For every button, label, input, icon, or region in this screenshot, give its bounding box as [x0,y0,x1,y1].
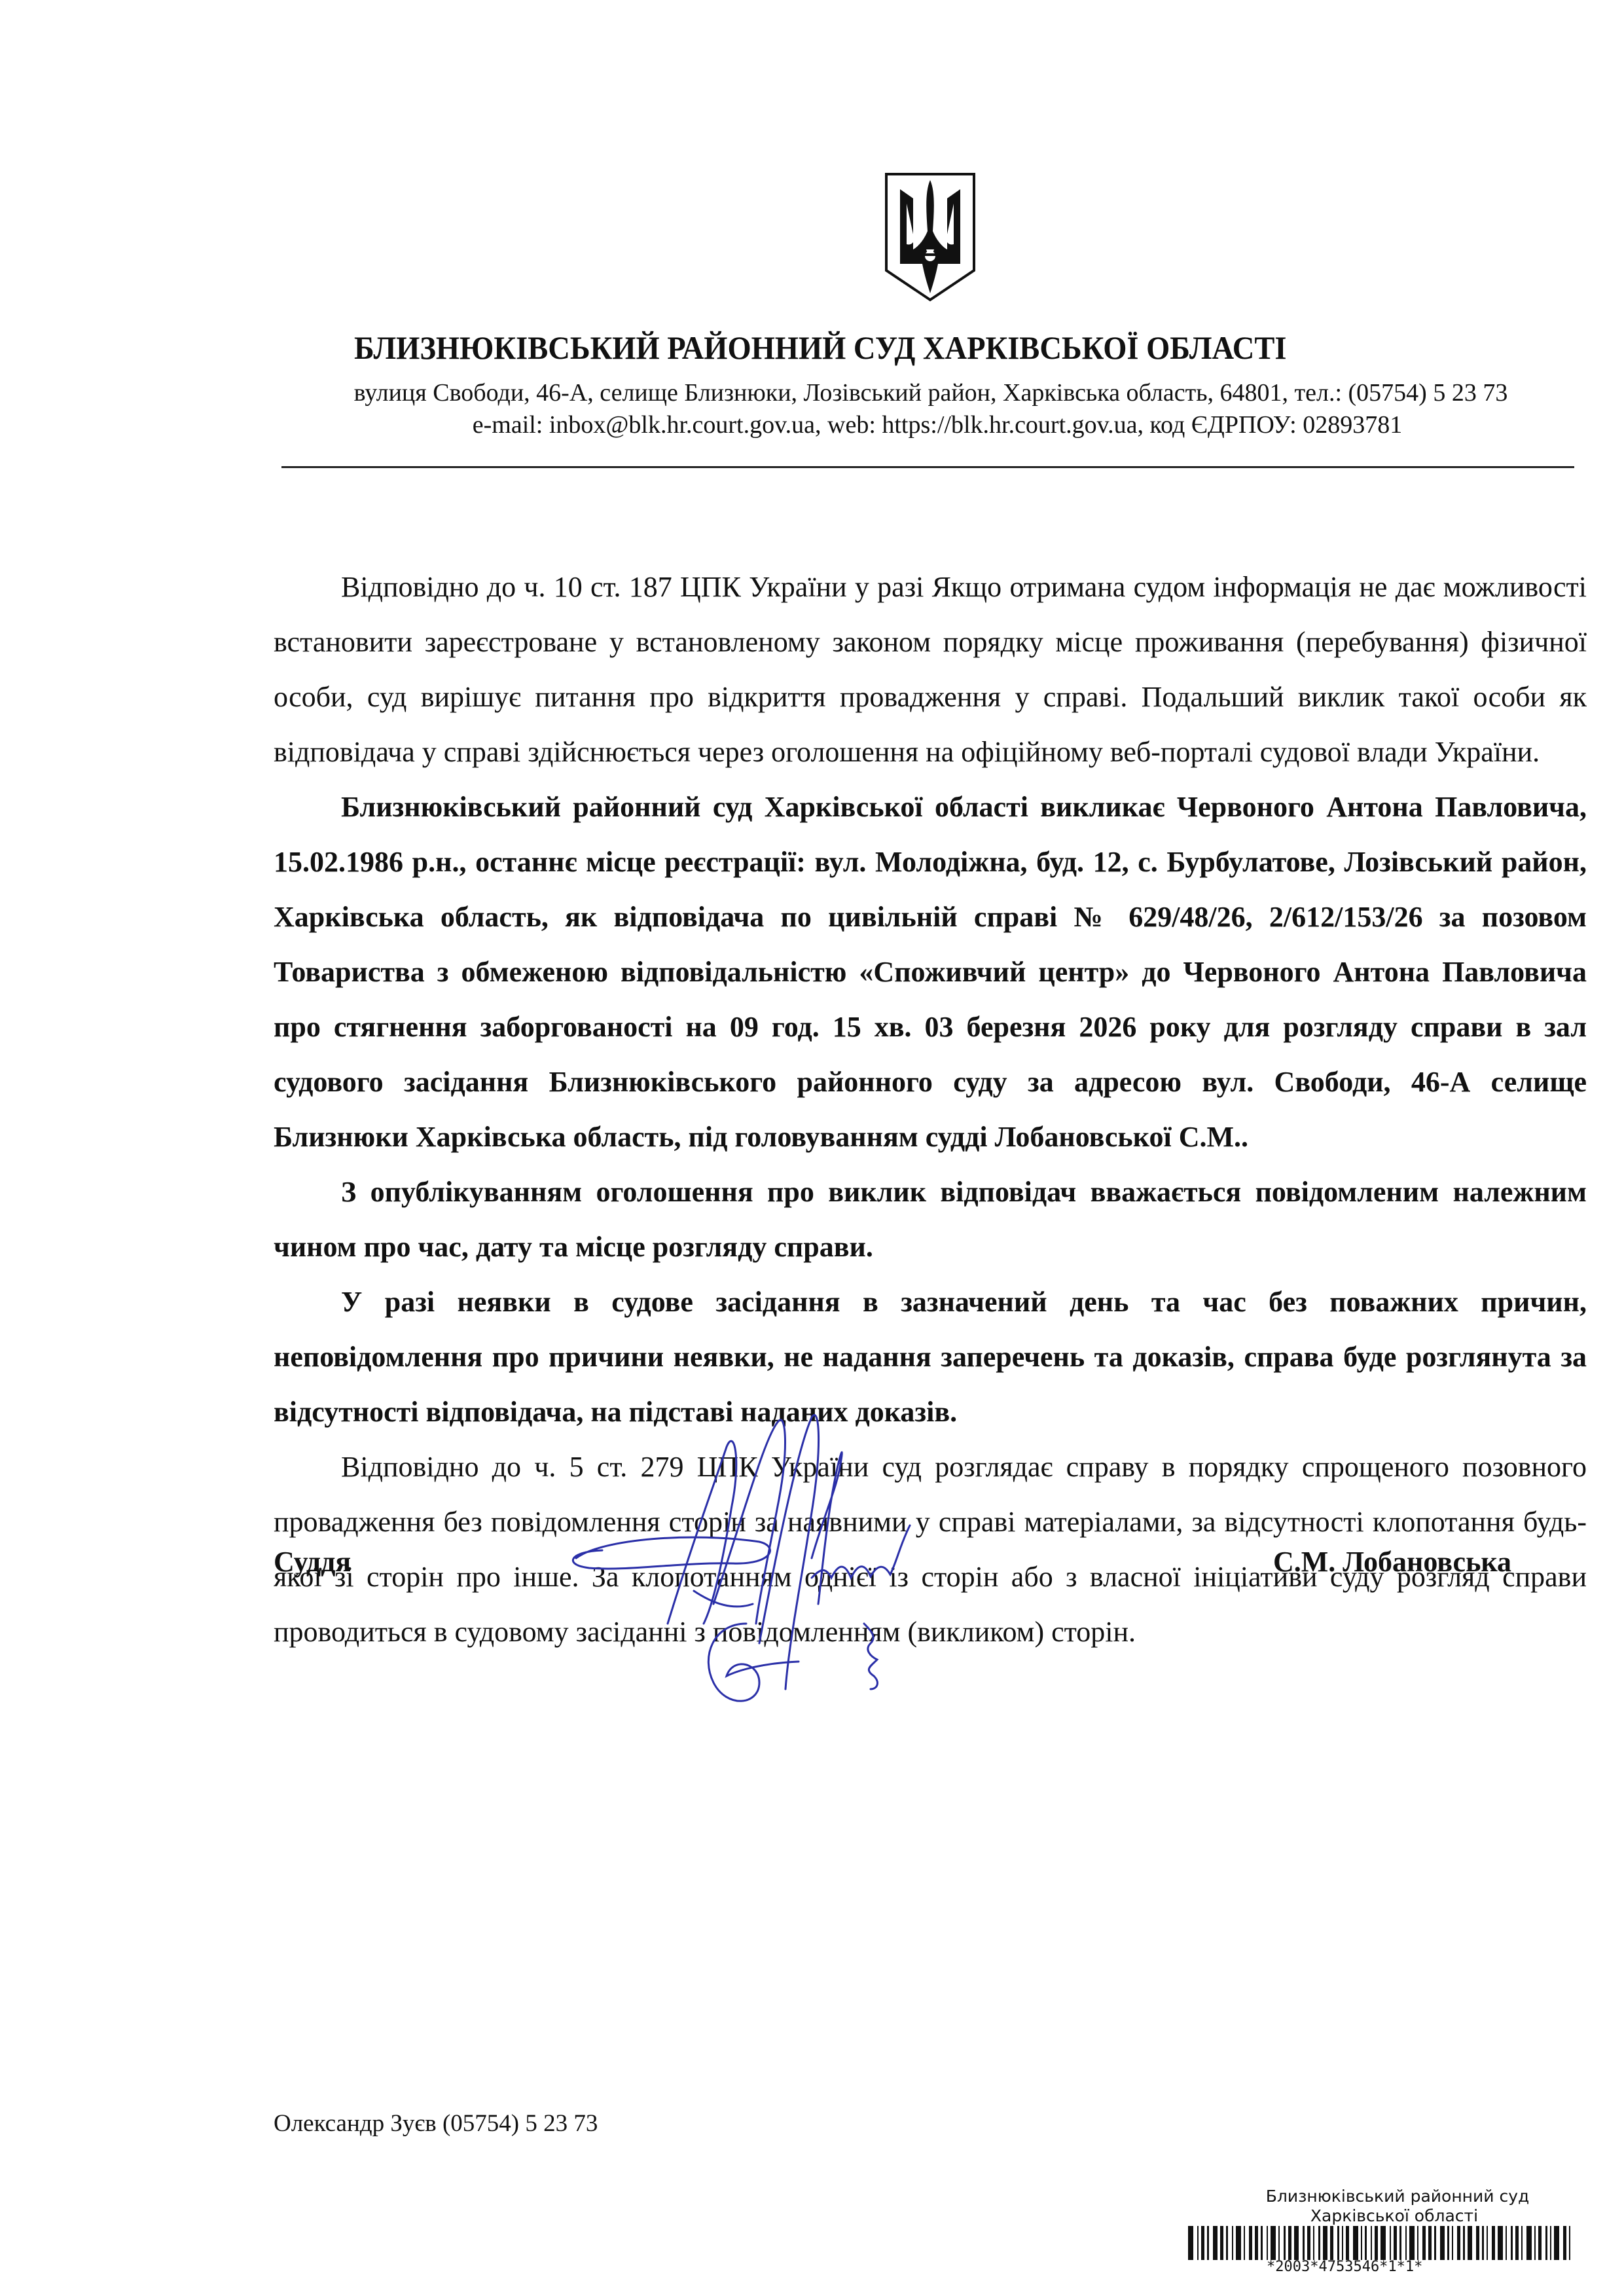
court-contacts: e-mail: inbox@blk.hr.court.gov.ua, web: … [296,410,1579,439]
header-divider [281,466,1574,468]
barcode-number: *2003*4753546*1*1* [1188,2260,1600,2272]
executor-contact: Олександр Зуєв (05754) 5 23 73 [274,2109,598,2138]
paragraph-summons: Близнюківський районний суд Харківської … [274,780,1587,1165]
judge-name: С.М. Лобановська [1273,1545,1511,1578]
barcode-icon [1188,2226,1591,2260]
barcode-region: Харківської області [1188,2206,1600,2226]
coat-of-arms-icon [884,172,976,303]
barcode-stamp: Близнюківський районний суд Харківської … [1188,2187,1600,2272]
paragraph-notification: З опублікуванням оголошення про виклик в… [274,1165,1587,1275]
court-address: вулиця Свободи, 46-А, селище Близнюки, Л… [296,378,1566,407]
paragraph-legal-basis: Відповідно до ч. 10 ст. 187 ЦПК України … [274,560,1587,780]
court-name: БЛИЗНЮКІВСЬКИЙ РАЙОННИЙ СУД ХАРКІВСЬКОЇ … [65,329,1576,367]
handwritten-signature-icon [563,1408,1100,1715]
barcode-court-name: Близнюківський районний суд [1188,2187,1600,2206]
court-name-text: БЛИЗНЮКІВСЬКИЙ РАЙОННИЙ СУД ХАРКІВСЬКОЇ … [354,329,1287,367]
signature-role: Суддя [274,1545,351,1578]
